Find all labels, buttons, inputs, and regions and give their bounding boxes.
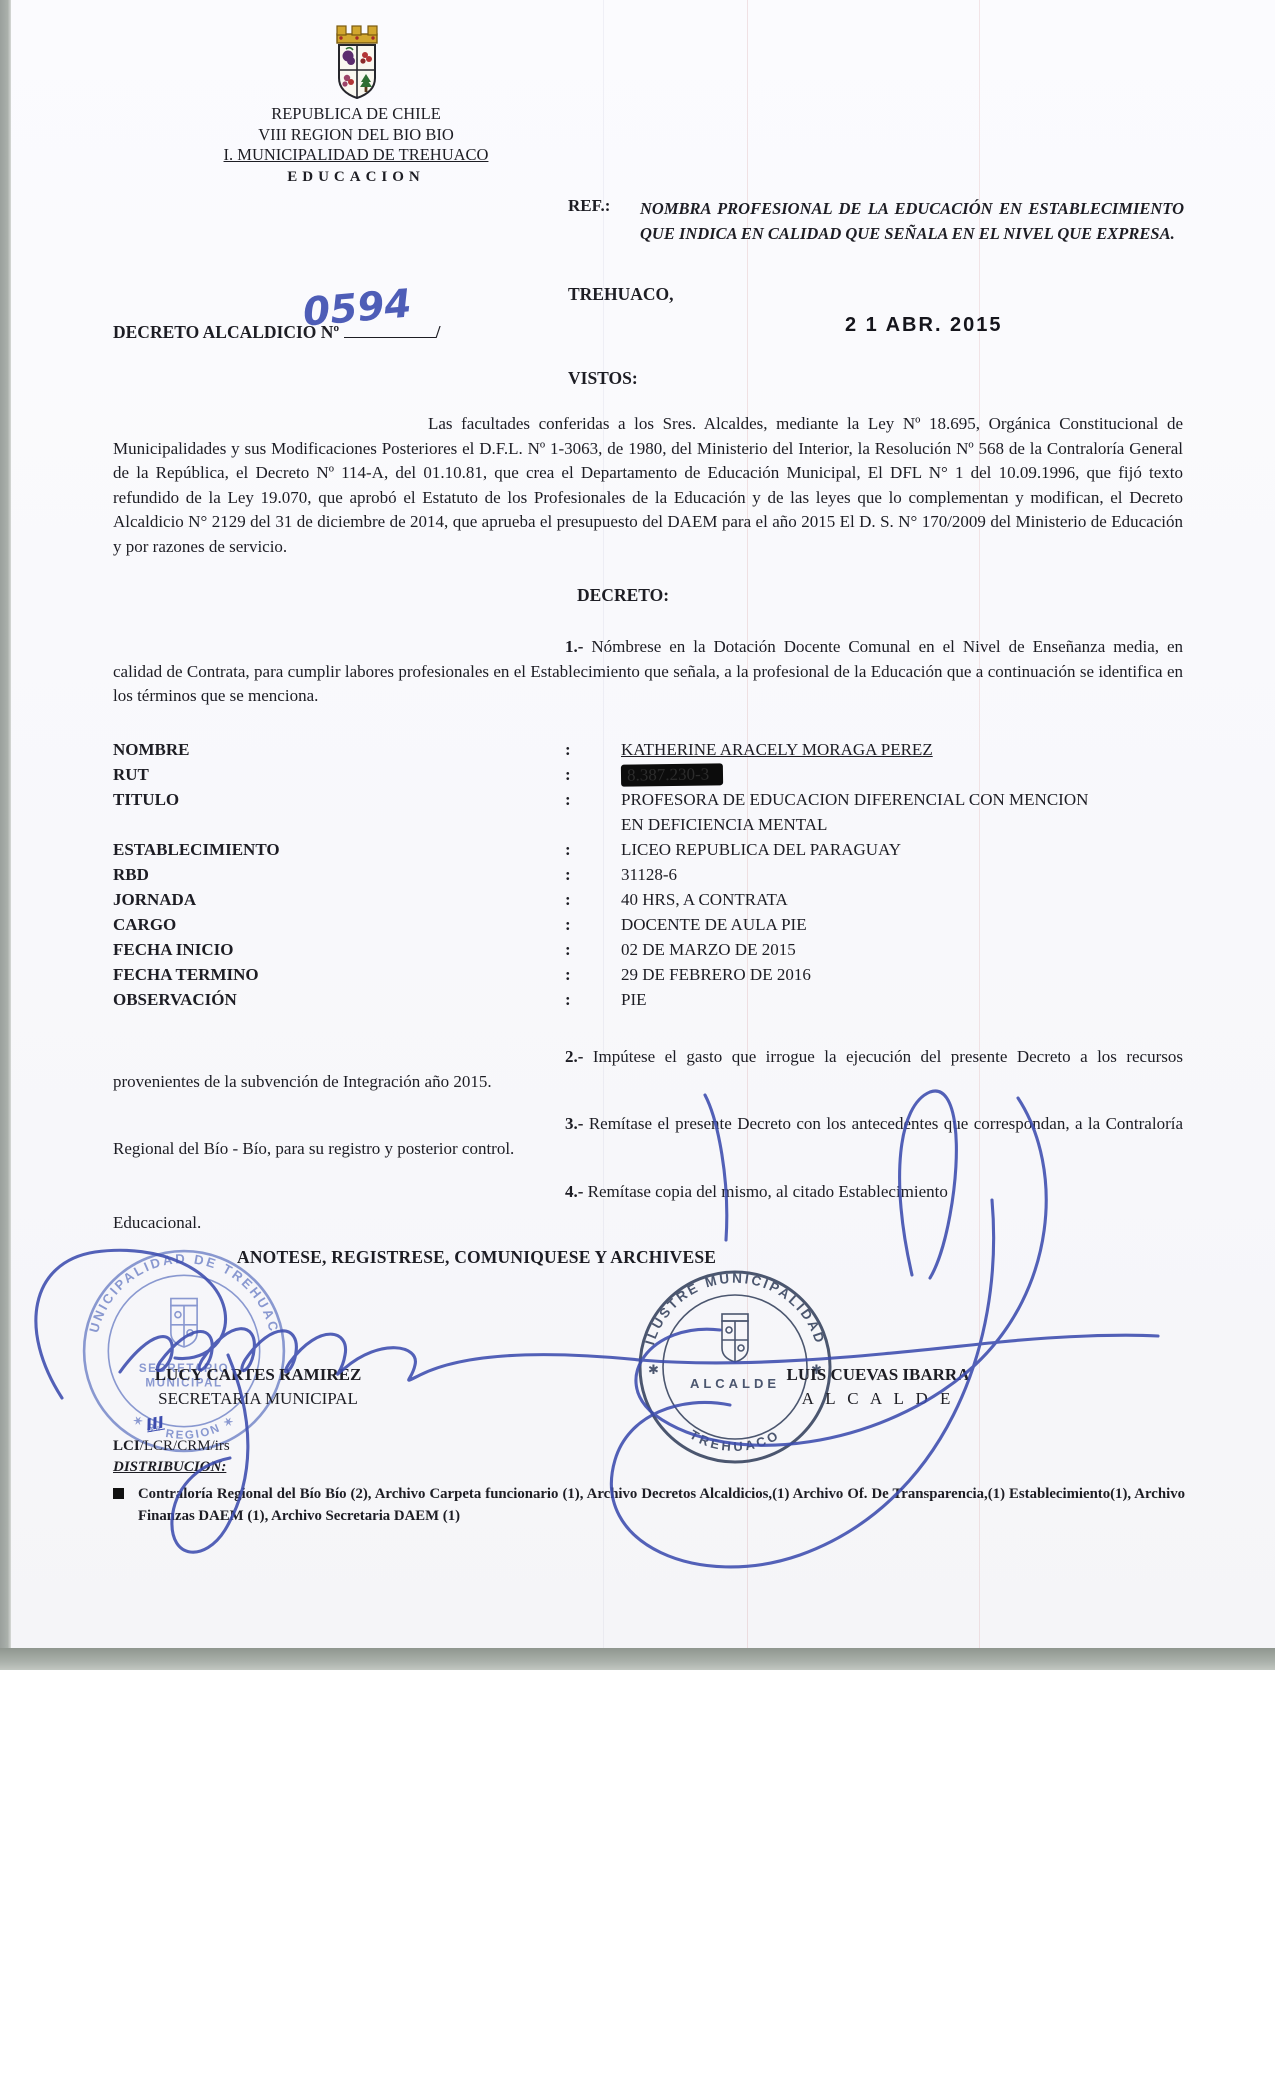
star-icon: ✱ <box>648 1362 659 1377</box>
field-label: JORNADA <box>113 887 565 912</box>
field-row-jornada: JORNADA : 40 HRS, A CONTRATA <box>113 887 1183 912</box>
field-row-establecimiento: ESTABLECIMIENTO : LICEO REPUBLICA DEL PA… <box>113 837 1183 862</box>
field-row-fecha-termino: FECHA TERMINO : 29 DE FEBRERO DE 2016 <box>113 962 1183 987</box>
city-line: TREHUACO, <box>568 284 674 305</box>
distribution-label: DISTRIBUCION: <box>113 1459 226 1476</box>
ref-block: REF.: NOMBRA PROFESIONAL DE LA EDUCACIÓN… <box>568 196 1184 246</box>
field-label: FECHA INICIO <box>113 937 565 962</box>
field-colon: : <box>565 937 621 962</box>
field-label: TITULO <box>113 787 565 837</box>
redacted-rut: 8.387.230-3 <box>621 763 723 786</box>
item-line1: 4.- Remítase copia del mismo, al citado … <box>113 1180 1183 1205</box>
field-value-line1: PROFESORA DE EDUCACION DIFERENCIAL CON M… <box>621 787 1183 812</box>
field-label: FECHA TERMINO <box>113 962 565 987</box>
field-colon: : <box>565 987 621 1012</box>
signature-block-secretaria: LUCY CARTES RAMIREZ SECRETARIA MUNICIPAL <box>118 1363 398 1411</box>
signer-name: LUCY CARTES RAMIREZ <box>118 1363 398 1387</box>
decree-number-suffix: / <box>436 322 441 342</box>
svg-text:ILUSTRE MUNICIPALIDAD: ILUSTRE MUNICIPALIDAD <box>642 1271 828 1347</box>
field-value: 02 DE MARZO DE 2015 <box>621 937 1183 962</box>
field-colon: : <box>565 762 621 787</box>
initials-rest: /LCR/CRM/irs <box>140 1438 230 1454</box>
field-value: PROFESORA DE EDUCACION DIFERENCIAL CON M… <box>621 787 1183 837</box>
decreto-item-3: 3.- Remítase el presente Decreto con los… <box>113 1112 1183 1161</box>
field-colon: : <box>565 837 621 862</box>
decreto-item-2: 2.- Impútese el gasto que irrogue la eje… <box>113 1045 1183 1094</box>
field-colon: : <box>565 787 621 837</box>
initials-bold: LCI <box>113 1438 140 1454</box>
item-text: Remítase el presente Decreto con los ant… <box>113 1114 1183 1158</box>
field-value-line2: EN DEFICIENCIA MENTAL <box>621 812 1183 837</box>
field-colon: : <box>565 912 621 937</box>
field-row-fecha-inicio: FECHA INICIO : 02 DE MARZO DE 2015 <box>113 937 1183 962</box>
svg-text:TREHUACO: TREHUACO <box>687 1427 783 1454</box>
vistos-title: VISTOS: <box>568 368 638 389</box>
scan-paper: REPUBLICA DE CHILE VIII REGION DEL BIO B… <box>0 0 1275 1648</box>
distribution-text: Contraloría Regional del Bío Bío (2), Ar… <box>138 1483 1185 1527</box>
field-row-cargo: CARGO : DOCENTE DE AULA PIE <box>113 912 1183 937</box>
item-line2: Educacional. <box>113 1211 1183 1236</box>
stamp-crest <box>171 1299 197 1347</box>
stamp-crest <box>722 1314 748 1362</box>
item-text: Impútese el gasto que irrogue la ejecuci… <box>113 1047 1183 1091</box>
signature-block-alcalde: LUIS CUEVAS IBARRA A L C A L D E <box>728 1363 1028 1411</box>
item-number: 2.- <box>565 1047 583 1066</box>
letterhead-country: REPUBLICA DE CHILE <box>180 104 532 125</box>
field-value: LICEO REPUBLICA DEL PARAGUAY <box>621 837 1183 862</box>
letterhead-region: VIII REGION DEL BIO BIO <box>180 125 532 146</box>
decreto-item-1: 1.- Nómbrese en la Dotación Docente Comu… <box>113 635 1183 709</box>
field-value: 8.387.230-3 <box>621 762 1183 787</box>
closing-line: ANOTESE, REGISTRESE, COMUNIQUESE Y ARCHI… <box>237 1247 716 1268</box>
scan-edge-left <box>0 0 11 1648</box>
field-row-rbd: RBD : 31128-6 <box>113 862 1183 887</box>
field-label: RUT <box>113 762 565 787</box>
field-value: DOCENTE DE AULA PIE <box>621 912 1183 937</box>
item-text: Nómbrese en la Dotación Docente Comunal … <box>113 637 1183 705</box>
field-value: 29 DE FEBRERO DE 2016 <box>621 962 1183 987</box>
field-label: RBD <box>113 862 565 887</box>
drafting-initials: LCI/LCR/CRM/irs <box>113 1438 230 1455</box>
field-colon: : <box>565 887 621 912</box>
field-row-rut: RUT : 8.387.230-3 <box>113 762 1183 787</box>
appointment-fields: NOMBRE : KATHERINE ARACELY MORAGA PEREZ … <box>113 737 1183 1012</box>
distribution-list: Contraloría Regional del Bío Bío (2), Ar… <box>113 1483 1185 1527</box>
stamp-arc-text: TREHUACO <box>687 1427 783 1454</box>
field-colon: : <box>565 962 621 987</box>
item-number: 1.- <box>565 637 583 656</box>
field-label: OBSERVACIÓN <box>113 987 565 1012</box>
letterhead-department: EDUCACION <box>180 167 532 188</box>
ref-label: REF.: <box>568 196 620 246</box>
letterhead: REPUBLICA DE CHILE VIII REGION DEL BIO B… <box>180 104 532 187</box>
scanned-decree-page: REPUBLICA DE CHILE VIII REGION DEL BIO B… <box>0 0 1275 2100</box>
field-row-titulo: TITULO : PROFESORA DE EDUCACION DIFERENC… <box>113 787 1183 837</box>
field-row-observacion: OBSERVACIÓN : PIE <box>113 987 1183 1012</box>
field-value: 40 HRS, A CONTRATA <box>621 887 1183 912</box>
scan-edge-bottom <box>0 1648 1275 1670</box>
field-colon: : <box>565 862 621 887</box>
item-number: 4.- <box>565 1182 583 1201</box>
signer-title: SECRETARIA MUNICIPAL <box>118 1387 398 1411</box>
bullet-square-icon <box>113 1488 124 1499</box>
ref-text: NOMBRA PROFESIONAL DE LA EDUCACIÓN EN ES… <box>640 196 1184 246</box>
field-label: CARGO <box>113 912 565 937</box>
field-row-nombre: NOMBRE : KATHERINE ARACELY MORAGA PEREZ <box>113 737 1183 762</box>
signer-name: LUIS CUEVAS IBARRA <box>728 1363 1028 1387</box>
field-value: 31128-6 <box>621 862 1183 887</box>
signer-title: A L C A L D E <box>728 1387 1028 1411</box>
item-number: 3.- <box>565 1114 583 1133</box>
letterhead-municipality: I. MUNICIPALIDAD DE TREHUACO <box>180 145 532 166</box>
handwritten-mark: III <box>144 1413 165 1435</box>
stamp-arc-text: ILUSTRE MUNICIPALIDAD <box>642 1271 828 1347</box>
vistos-body: Las facultades conferidas a los Sres. Al… <box>113 412 1183 560</box>
decreto-item-4: 4.- Remítase copia del mismo, al citado … <box>113 1180 1183 1235</box>
field-label: ESTABLECIMIENTO <box>113 837 565 862</box>
field-value: PIE <box>621 987 1183 1012</box>
field-colon: : <box>565 737 621 762</box>
handwritten-decree-number: 0594 <box>301 281 413 335</box>
item-text: Remítase copia del mismo, al citado Esta… <box>588 1182 948 1201</box>
secretaria-stamp: MUNICIPALIDAD DE TREHUACO ✶ 8ª REGION ✶ … <box>73 1240 295 1462</box>
field-label: NOMBRE <box>113 737 565 762</box>
municipal-crest <box>305 18 409 104</box>
field-value: KATHERINE ARACELY MORAGA PEREZ <box>621 737 1183 762</box>
date-stamp: 2 1 ABR. 2015 <box>845 314 1003 337</box>
decreto-title: DECRETO: <box>577 585 669 606</box>
